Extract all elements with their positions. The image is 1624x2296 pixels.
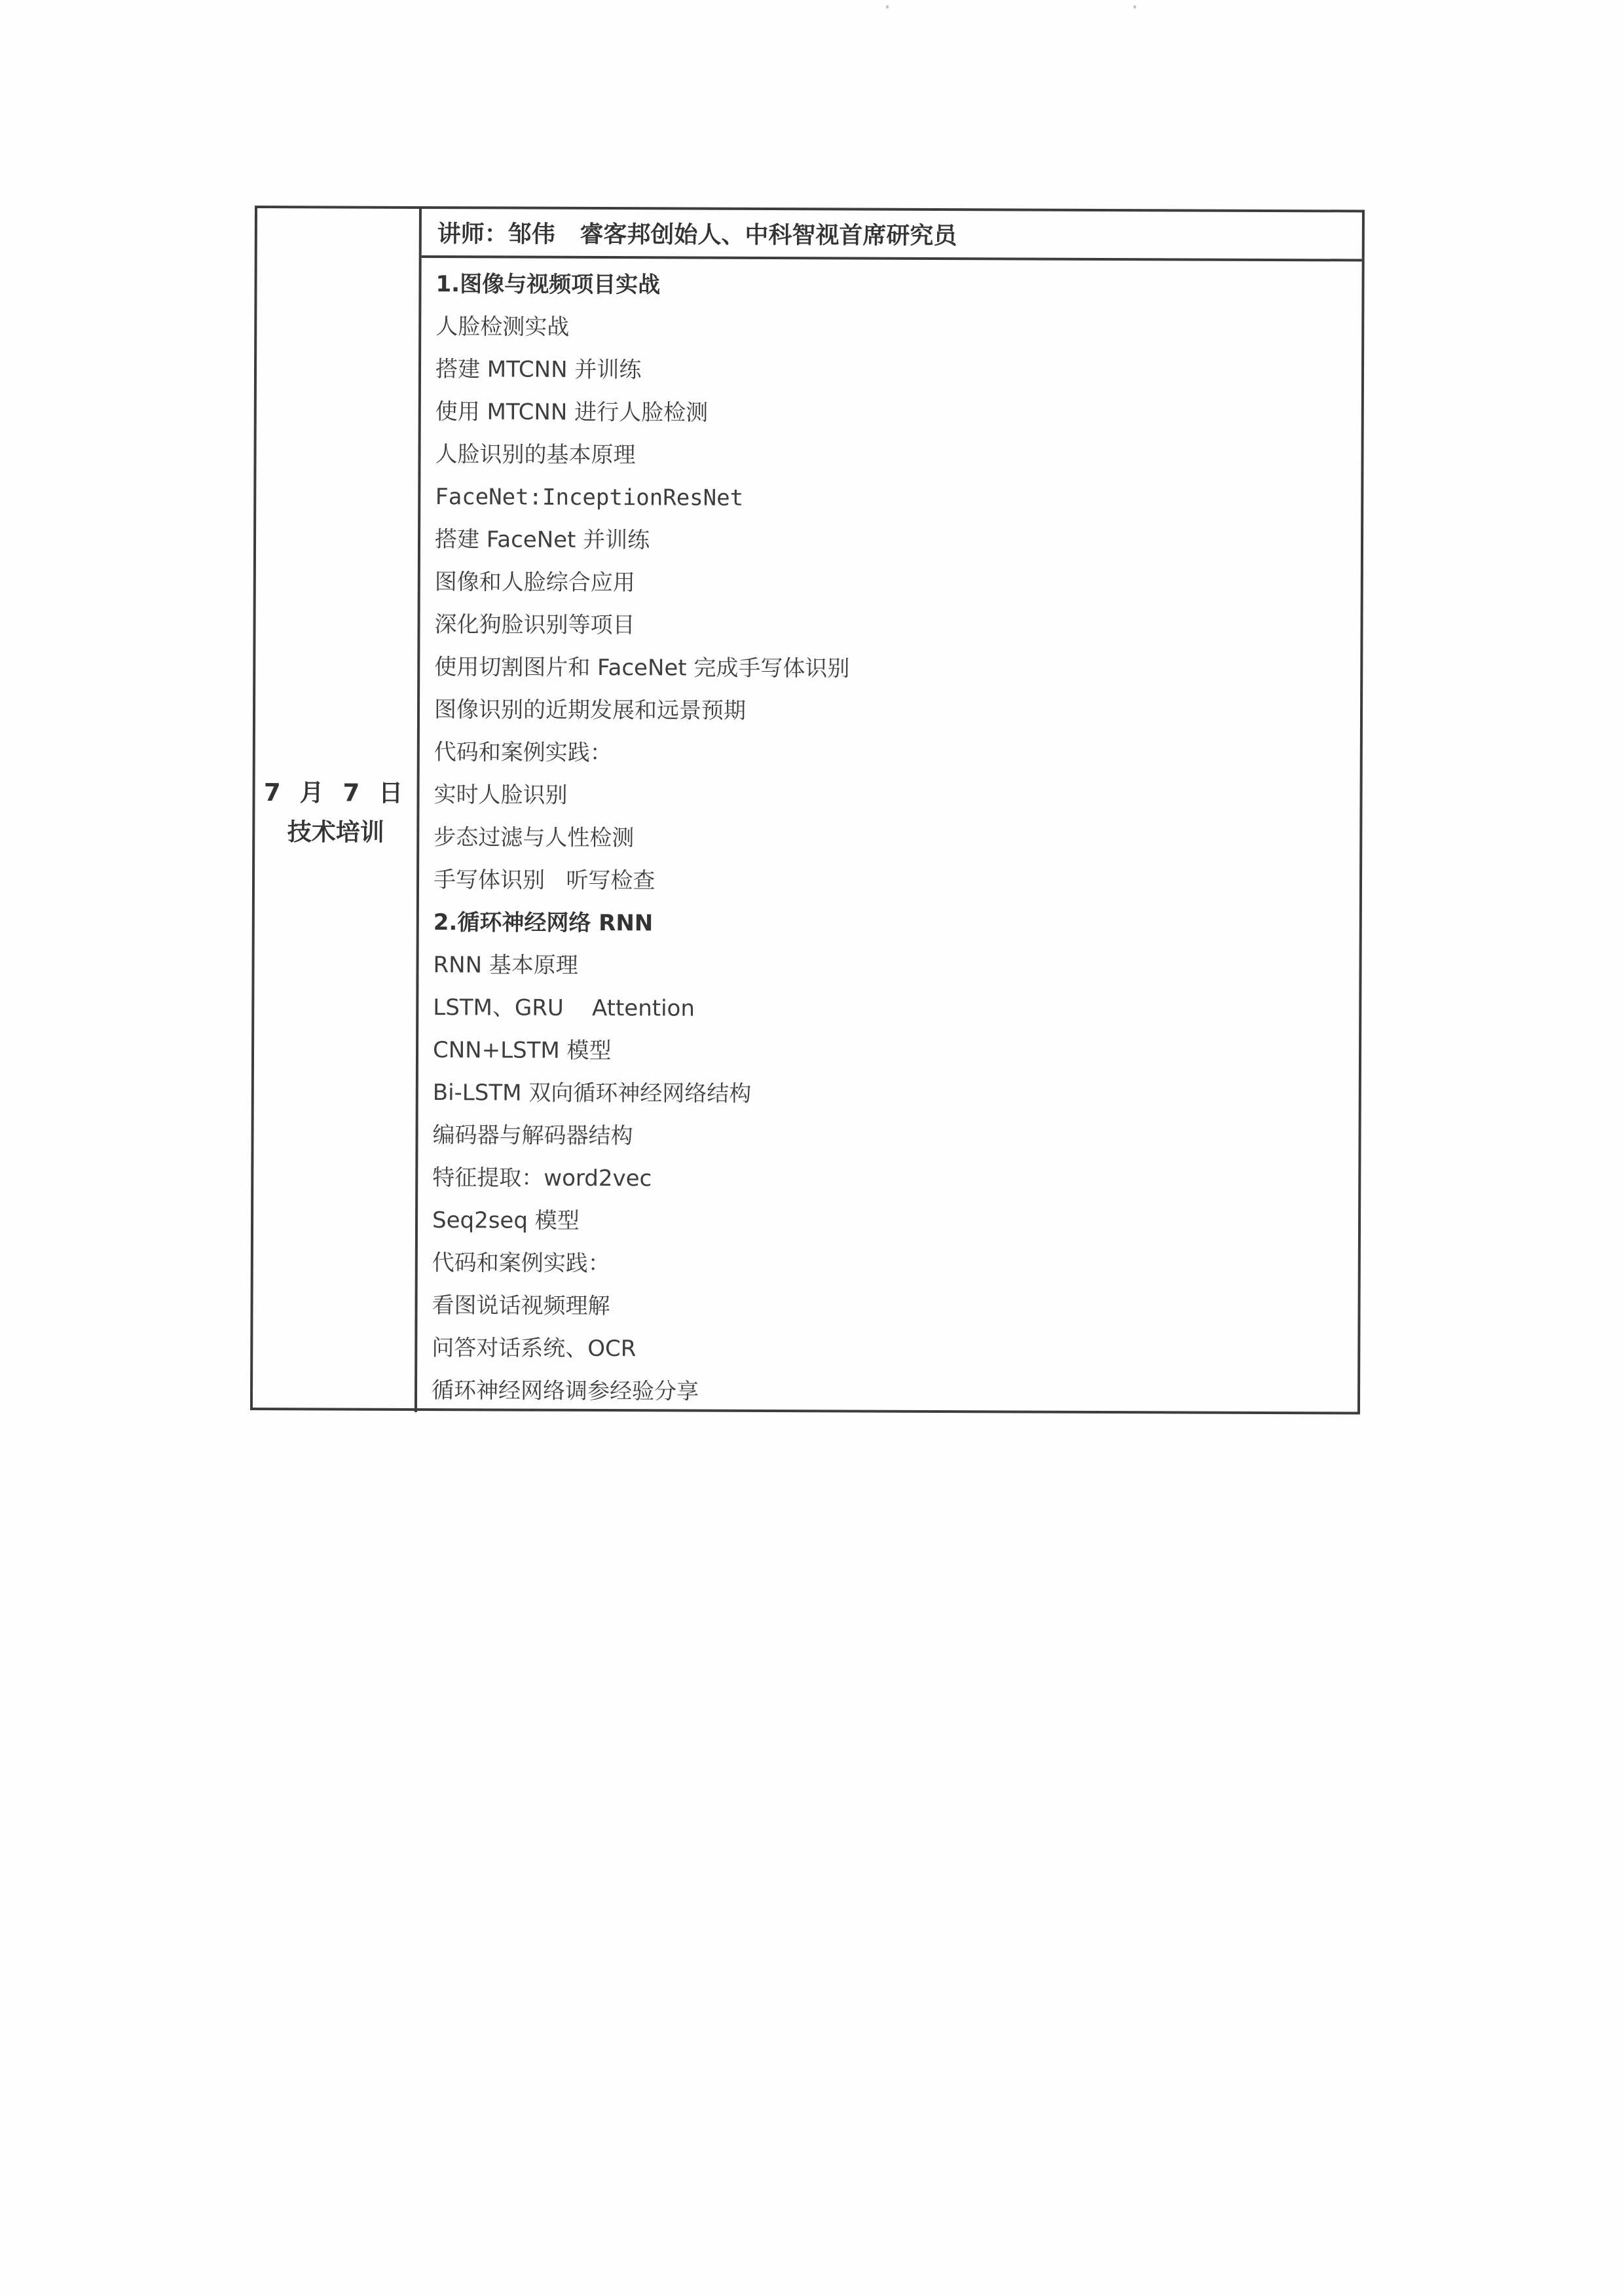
lecturer-row: 讲师：邹伟 睿客邦创始人、中科智视首席研究员	[422, 209, 1362, 262]
scan-speck	[886, 5, 889, 9]
scan-speck	[1134, 5, 1136, 9]
list-item: 代码和案例实践：	[432, 1242, 1358, 1288]
list-item: 人脸检测实战	[435, 306, 1361, 352]
list-item: 特征提取：word2vec	[432, 1157, 1358, 1203]
list-item: 深化狗脸识别等项目	[434, 604, 1360, 649]
list-item: 使用 MTCNN 进行人脸检测	[435, 391, 1361, 437]
list-item: RNN 基本原理	[433, 944, 1359, 990]
list-item: FaceNet:InceptionResNet	[435, 476, 1361, 522]
session-type: 技术培训	[287, 812, 384, 852]
section-heading: 1.图像与视频项目实战	[435, 263, 1361, 309]
session-date: 7 月 7 日	[264, 773, 408, 813]
list-item: LSTM、GRU Attention	[433, 987, 1359, 1032]
list-item: 图像和人脸综合应用	[435, 561, 1361, 607]
list-item: CNN+LSTM 模型	[433, 1029, 1359, 1075]
document-page: 7 月 7 日 技术培训 讲师：邹伟 睿客邦创始人、中科智视首席研究员 1.图像…	[0, 0, 1624, 2296]
list-item: Seq2seq 模型	[432, 1199, 1358, 1245]
session-cell: 7 月 7 日 技术培训	[253, 208, 422, 1412]
session-detail-cell: 讲师：邹伟 睿客邦创始人、中科智视首席研究员 1.图像与视频项目实战人脸检测实战…	[417, 209, 1362, 1416]
list-item: Bi-LSTM 双向循环神经网络结构	[433, 1072, 1359, 1118]
course-content: 1.图像与视频项目实战人脸检测实战搭建 MTCNN 并训练使用 MTCNN 进行…	[417, 258, 1362, 1416]
list-item: 循环神经网络调参经验分享	[432, 1370, 1357, 1415]
list-item: 使用切割图片和 FaceNet 完成手写体识别	[434, 646, 1360, 692]
list-item: 实时人脸识别	[434, 774, 1359, 820]
list-item: 编码器与解码器结构	[432, 1114, 1358, 1160]
list-item: 看图说话视频理解	[432, 1285, 1357, 1330]
list-item: 图像识别的近期发展和远景预期	[434, 689, 1360, 735]
list-item: 手写体识别 听写检查	[434, 859, 1359, 905]
list-item: 代码和案例实践：	[434, 731, 1360, 777]
list-item: 步态过滤与人性检测	[434, 816, 1359, 862]
schedule-table: 7 月 7 日 技术培训 讲师：邹伟 睿客邦创始人、中科智视首席研究员 1.图像…	[250, 206, 1365, 1414]
list-item: 问答对话系统、OCR	[432, 1327, 1357, 1373]
section-heading: 2.循环神经网络 RNN	[434, 902, 1359, 947]
list-item: 搭建 FaceNet 并训练	[435, 519, 1361, 564]
list-item: 人脸识别的基本原理	[435, 433, 1361, 479]
list-item: 搭建 MTCNN 并训练	[435, 348, 1361, 394]
